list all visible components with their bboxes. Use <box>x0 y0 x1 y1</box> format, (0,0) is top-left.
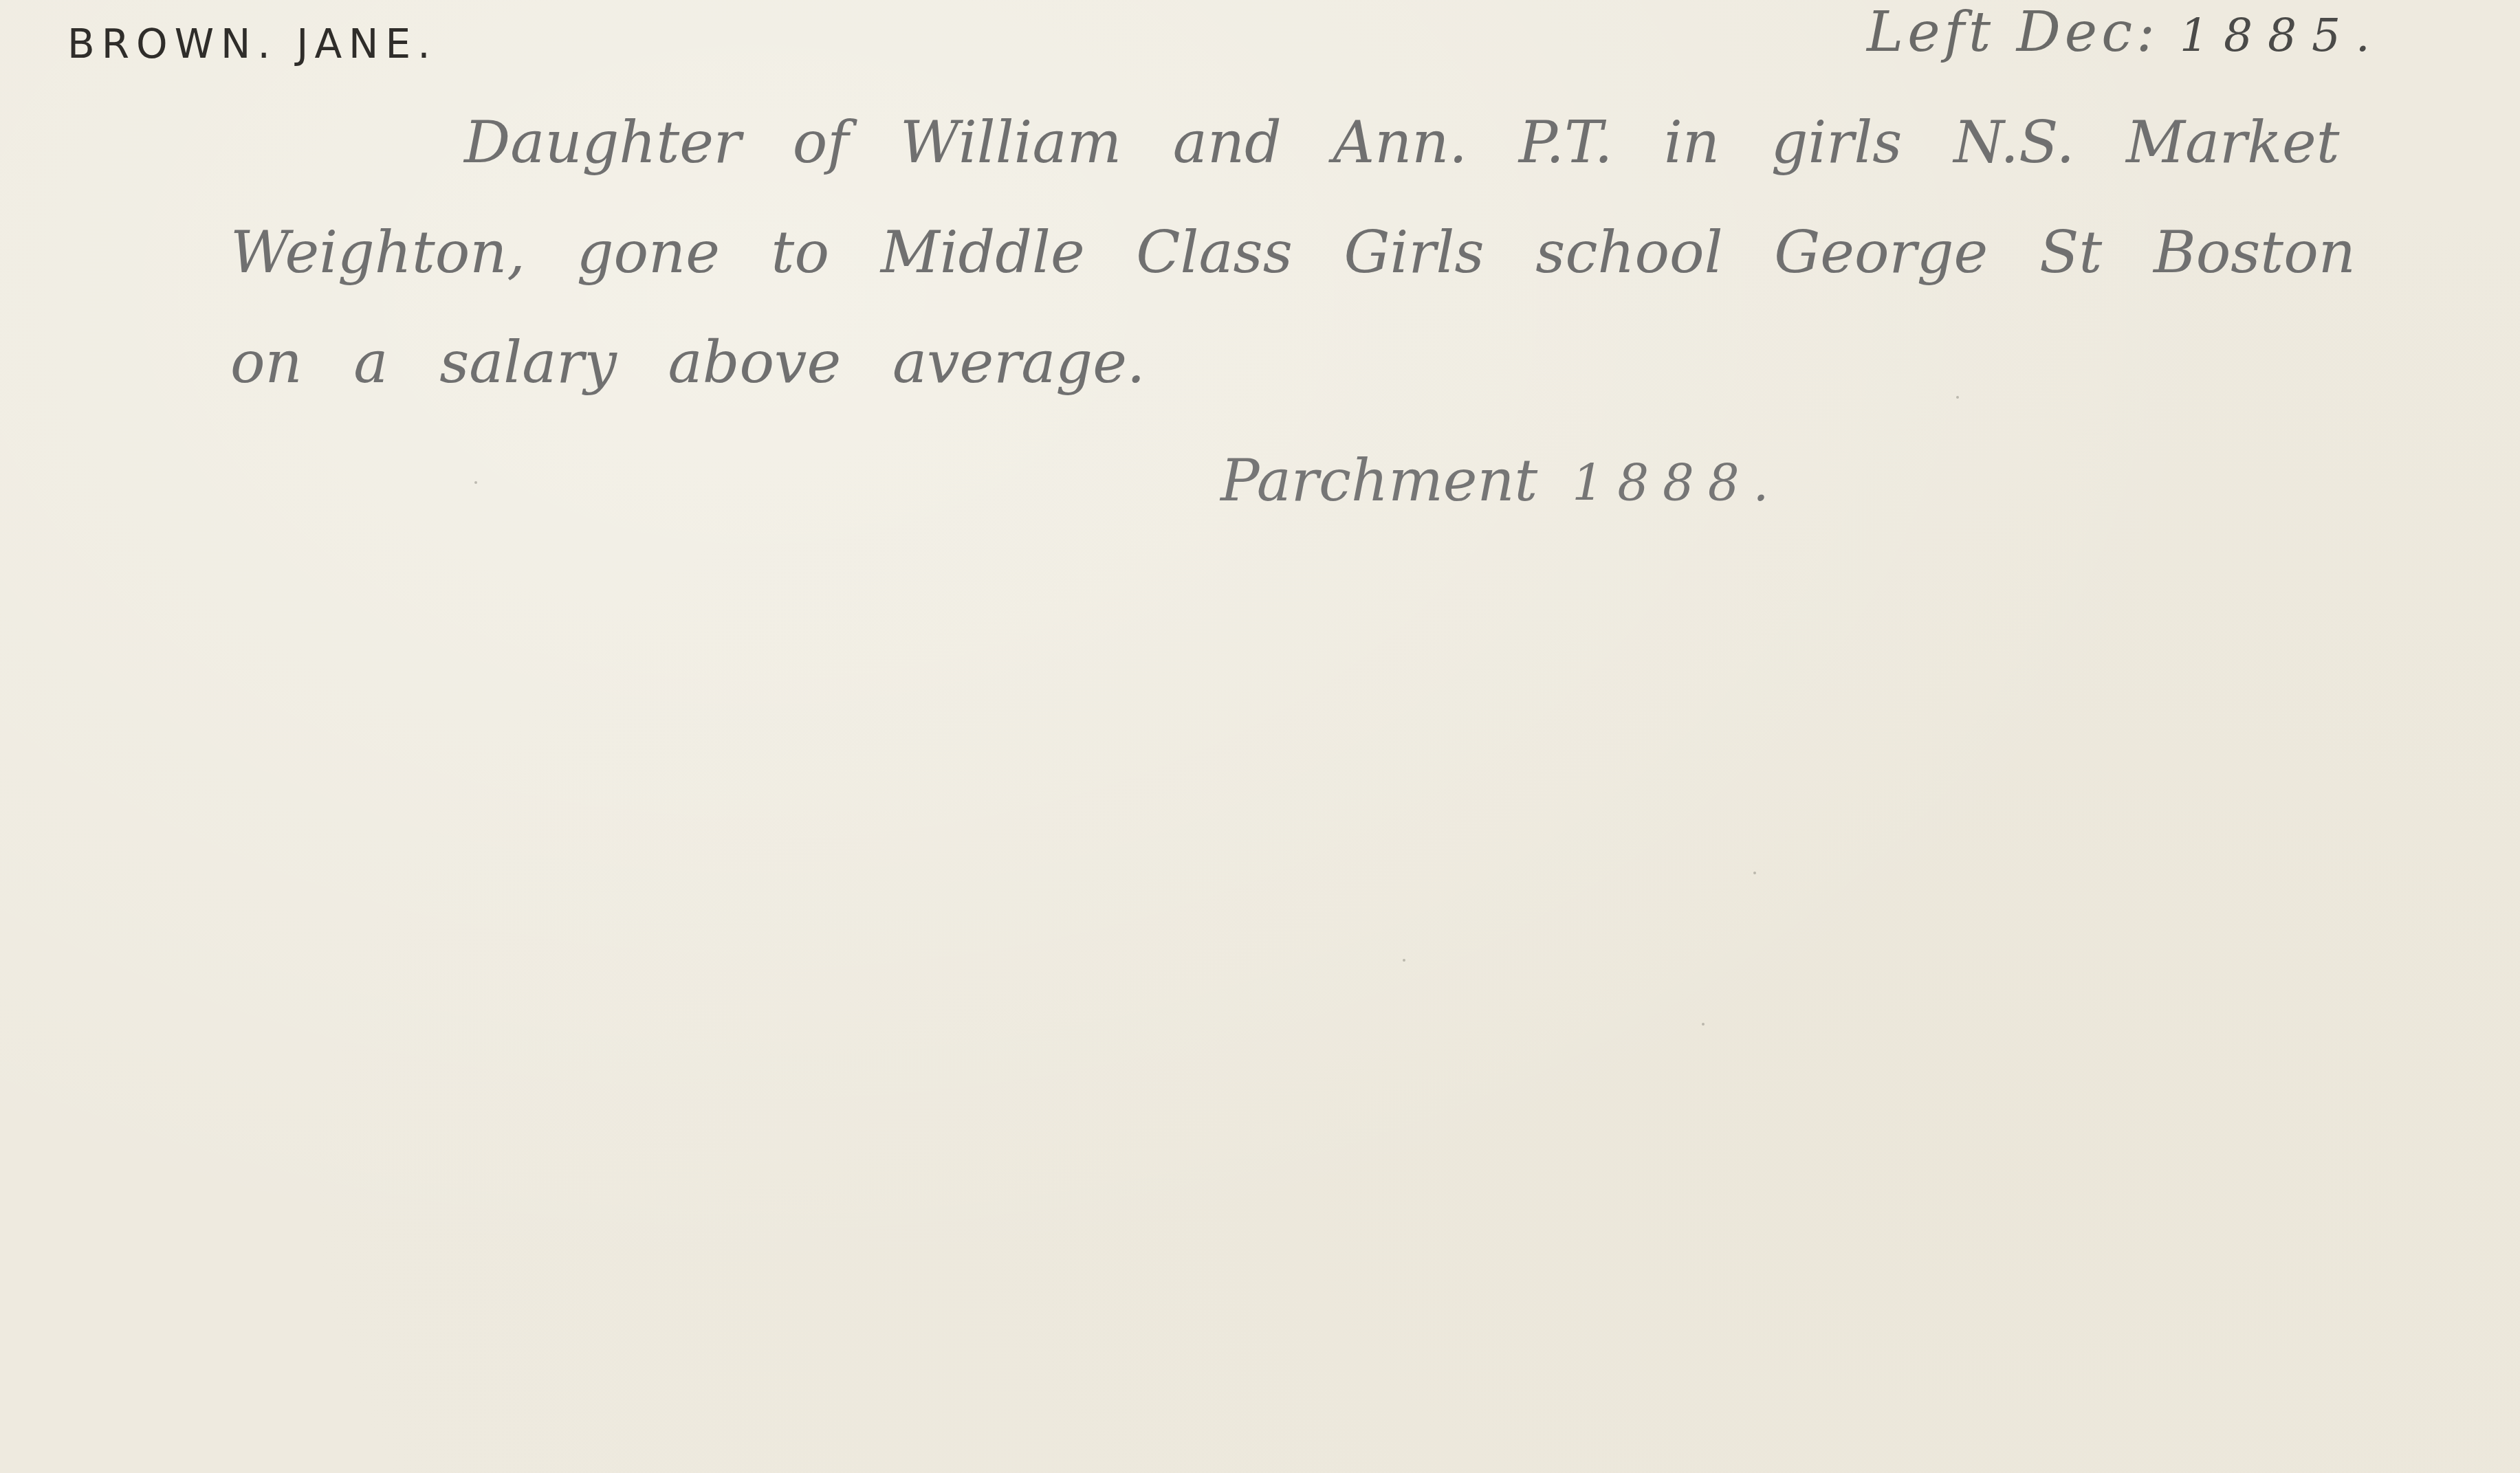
parchment-year: 1888. <box>1572 454 1782 512</box>
left-date-note: Left Dec:1885. <box>1867 0 2385 64</box>
paper-speck <box>1753 872 1756 874</box>
paper-speck <box>1702 1023 1705 1026</box>
paper-speck <box>1403 959 1405 962</box>
left-date-label: Left Dec: <box>1867 0 2159 64</box>
record-text-line-2: Weighton, gone to Middle Class Girls sch… <box>230 219 2356 286</box>
left-date-year: 1885. <box>2180 9 2385 62</box>
parchment-note: Parchment1888. <box>1220 447 1782 514</box>
record-text-line-3: on a salary above average. <box>230 329 1146 396</box>
student-name-heading: BROWN. JANE. <box>67 21 437 67</box>
record-text-line-1: Daughter of William and Ann. P.T. in gir… <box>464 109 2340 176</box>
paper-speck <box>1956 396 1959 399</box>
paper-speck <box>474 481 477 484</box>
record-card: BROWN. JANE. Left Dec:1885. Daughter of … <box>0 0 2520 1473</box>
parchment-label: Parchment <box>1220 447 1537 514</box>
